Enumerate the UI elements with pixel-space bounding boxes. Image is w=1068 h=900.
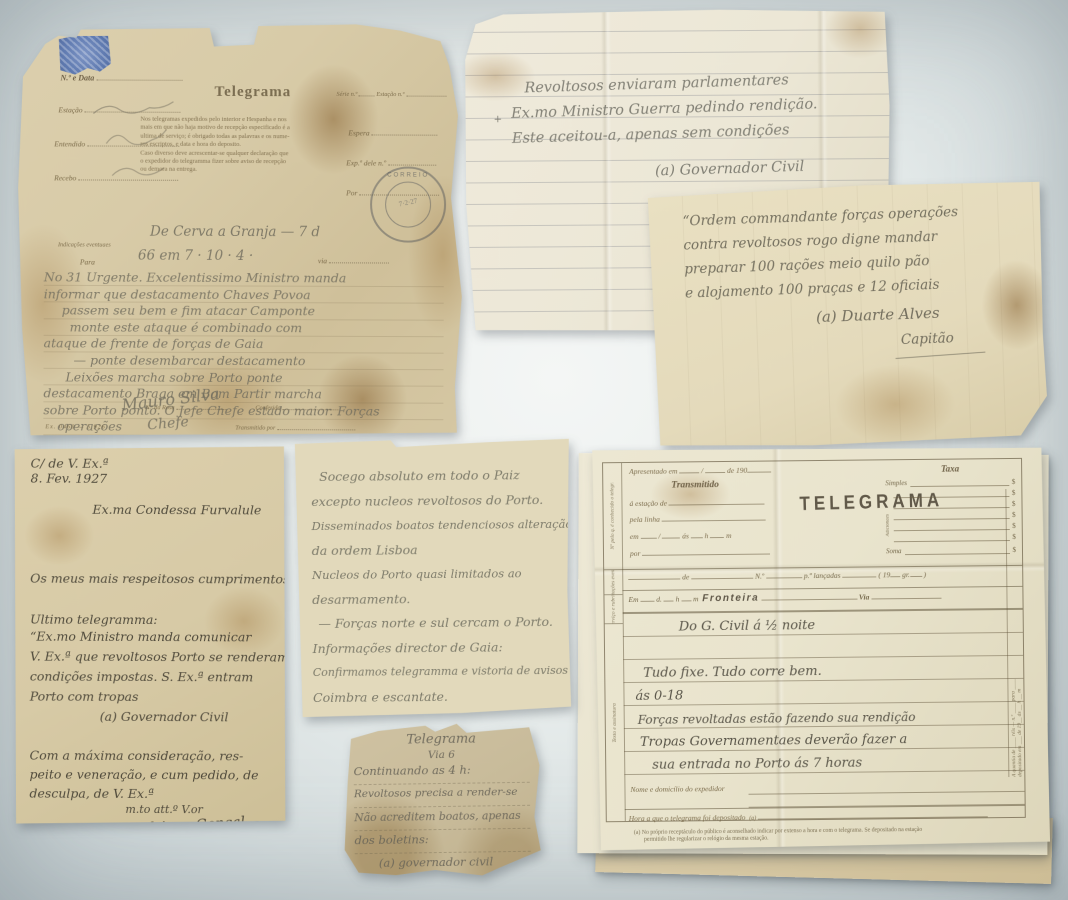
label-text: 19 [883, 570, 891, 579]
blank-line [842, 571, 876, 578]
letter-line: V. Ex.ª que revoltosos Porto se renderam [30, 647, 293, 668]
paper-sheet: Nº pelo q. é conhecido o telegr. Annotaç… [590, 446, 1050, 851]
blank-line [662, 532, 680, 539]
blank-line [371, 129, 437, 136]
blank-line [664, 595, 674, 602]
blank-line [890, 571, 900, 578]
label-text: Espera [348, 128, 369, 137]
taxa-row: $ [890, 486, 1015, 498]
transmitido-heading: Transmitido [671, 480, 719, 490]
label-text: pela linha [630, 515, 660, 524]
letter-line: “Ex.mo Ministro manda comunicar [30, 627, 293, 648]
telegram-form-top-left: N.º e Data Estação Entendido Recebo Tele… [17, 23, 462, 437]
form-title: Telegrama [214, 84, 291, 101]
expedidor-box: Nome e domicílio do expedidor [624, 771, 1024, 810]
strip-line: Socego absoluto em todo o Paiz [311, 463, 572, 490]
blank-line [84, 106, 180, 113]
label-text: m [726, 531, 732, 540]
paper-sheet: N.º e Data Estação Entendido Recebo Tele… [17, 23, 462, 437]
letter-ref: C/ de V. Ex.ª [31, 456, 294, 472]
strip-line: desarmamento. [312, 585, 573, 612]
strip-line: Confirmamos telegramma e vistoria de avi… [313, 659, 574, 686]
label-text: p.ª lançadas [804, 571, 841, 580]
label-text: Estação n.º [376, 91, 404, 98]
form-footnote: (a) No próprio receptáculo do público é … [634, 826, 1020, 844]
conditions-line: ou demora na entrega. [140, 166, 330, 175]
scrap-line: Revoltosos precisa a render-se [354, 783, 530, 808]
conditions-line: ros escriptos, e data e hora do deposito… [140, 141, 330, 150]
fronteira-stamp: Fronteira [702, 593, 759, 605]
blank-line [710, 531, 724, 538]
blank-line [691, 532, 703, 539]
blank-line [640, 532, 656, 539]
letter-date: 8. Fev. 1927 [31, 471, 294, 487]
exp-field: Exp.ª dele n.º [346, 158, 436, 167]
blank-line [691, 572, 753, 579]
label-text: Exp.ª dele n.º [346, 158, 386, 167]
blank-line [893, 502, 1009, 509]
postage-stamp-icon [58, 34, 112, 78]
espera-field: Espera [348, 128, 437, 137]
por-field: por [630, 548, 770, 558]
taxa-heading: Taxa [941, 464, 959, 474]
strip-line: Disseminados boatos tendenciosos alteraç… [311, 512, 572, 539]
scrap-line: Não acreditem boatos, apenas [354, 806, 530, 831]
blank-line [766, 572, 802, 579]
blank-line [910, 570, 922, 577]
note-handwriting: “Ordem commandante forças operações cont… [682, 199, 985, 364]
label-text: Série n.º [336, 91, 357, 98]
blank-line [894, 524, 1010, 531]
serie-field: Série n.º Estação n.º [336, 90, 446, 98]
label-text: de [682, 572, 689, 581]
taxa-row: $ [891, 519, 1016, 531]
postmark-icon: CORREIO 7·2·27 [370, 166, 446, 242]
note-handwriting: Revoltosos enviaram parlamentares Ex.mo … [510, 67, 820, 189]
letter-line: Ultimo telegramma: [30, 612, 293, 628]
strip-line: Coimbra e escantate. [313, 683, 574, 710]
label-text: de 190 [727, 466, 747, 475]
field-label-no-data: N.º e Data [61, 73, 183, 82]
paper-sheet: Telegrama Via 6 Continuando as 4 h: Revo… [343, 723, 541, 878]
expedidor-label: Nome e domicílio do expedidor [624, 774, 748, 809]
scrap-title: Telegrama [353, 729, 529, 750]
letter-line: Os meus mais respeitosos cumprimentos. [30, 571, 293, 587]
blank-line [642, 548, 770, 556]
blank-line [761, 593, 857, 601]
label-text: h [676, 594, 680, 603]
field-label-estacao: Estação [58, 105, 180, 114]
left-margin-text: Annotações eventuaes [610, 570, 616, 595]
blank-line [894, 535, 1010, 542]
label-text: Por [346, 188, 357, 197]
letter-closing: peito e veneração, e cum pedido, de [29, 765, 292, 785]
left-margin-text: Nº pelo q. é conhecido o telegr. [609, 483, 616, 550]
label-text: em [630, 532, 639, 541]
message-line: — ponte desembarcar destacamento [44, 352, 444, 370]
strip-line: Informações director de Gaia: [313, 634, 574, 661]
letter-line: condições impostas. S. Ex.ª entram [30, 667, 293, 688]
strip-line: excepto nucleos revoltosos do Porto. [311, 487, 572, 514]
letter-handwriting: C/ de V. Ex.ª 8. Fev. 1927 Ex.ma Condess… [29, 456, 294, 833]
taxa-row: $ [891, 508, 1016, 520]
message-line: monte este ataque é combinado com [44, 319, 444, 337]
hora-label: Hora a que o telegrama foi depositado (a… [629, 810, 988, 823]
message-strip: Socego absoluto em todo o Paiz excepto n… [295, 439, 571, 717]
letter-closing: Com a máxima consideração, res- [30, 746, 293, 766]
currency-sign: $ [1012, 478, 1016, 486]
strip-line: — Forças norte e sul cercam o Porto. [312, 610, 573, 637]
label-text: N.º e Data [61, 73, 95, 82]
conferido-label: Conferido [255, 404, 338, 412]
blank-line [893, 491, 1009, 498]
message-line: passem seu bem e fim atacar Camponte [44, 303, 444, 321]
expedidor-lines [748, 771, 1024, 808]
blank-line [679, 467, 699, 474]
label-text: Simples [885, 479, 907, 487]
handwritten-letter: C/ de V. Ex.ª 8. Fev. 1927 Ex.ma Condess… [13, 446, 286, 825]
left-margin-text: Texto e assinatura [612, 703, 618, 742]
telegram-scrap: Telegrama Via 6 Continuando as 4 h: Revo… [343, 723, 541, 878]
label-text: h [705, 531, 709, 540]
message-line: Tudo fixe. Tudo corre bem. [643, 664, 822, 681]
adicionaes-rows: $ $ $ $ $ [890, 486, 1016, 542]
label-text: Entendido [54, 139, 85, 148]
strip-line: da ordem Lisboa [312, 536, 573, 563]
taxa-row-soma: Soma$ [886, 543, 1016, 555]
blank-line [282, 404, 338, 410]
paper-sheet: “Ordem commandante forças operações cont… [648, 179, 1049, 451]
hora-row: Hora a que o telegrama foi depositado (a… [625, 806, 1025, 828]
letter-closing: desculpa, de V. Ex.ª [29, 784, 292, 804]
label-text: Estação [58, 105, 82, 114]
paper-sheet: C/ de V. Ex.ª 8. Fev. 1927 Ex.ma Condess… [13, 446, 286, 825]
photograph: N.º e Data Estação Entendido Recebo Tele… [0, 0, 1068, 900]
label-text: Transmitido por [235, 425, 275, 432]
label-text: m [693, 594, 699, 603]
paper-sheet: Socego absoluto em todo o Paiz excepto n… [295, 439, 571, 717]
blank-line [905, 548, 1010, 555]
message-line: sua entrada no Porto ás 7 horas [652, 756, 862, 773]
label-text: á estação de [629, 499, 667, 508]
estacao-field: á estação de [629, 498, 764, 508]
form-header: Apresentado em / de 190 Transmitido á es… [621, 459, 1022, 570]
label-text: via [318, 256, 327, 265]
blank-line [894, 513, 1010, 520]
note-line: (a) Governador Civil [513, 154, 820, 189]
blank-line [640, 595, 654, 602]
blank-line [705, 466, 725, 473]
apresentado-field: Apresentado em / de 190 [629, 466, 771, 476]
label-text: Soma [886, 547, 902, 555]
letter-line: Porto com tropas [30, 687, 293, 708]
postmark-text: CORREIO [372, 172, 444, 178]
blank-line [662, 514, 766, 522]
taxa-row: $ [890, 497, 1015, 509]
telegram-form-bottom-right: Nº pelo q. é conhecido o telegr. Annotaç… [590, 446, 1050, 851]
strip-line: Nucleos do Porto quasi limitados ao [312, 561, 573, 588]
label-text: Conferido [255, 405, 280, 412]
scrap-line: Continuando as 4 h: [353, 760, 529, 785]
adicionaes-block: Adicionaes $ $ $ $ $ [885, 486, 1016, 542]
printed-frame: Nº pelo q. é conhecido o telegr. Annotaç… [602, 458, 1026, 822]
label-text: d. [656, 595, 662, 604]
blank-line [747, 466, 771, 473]
label-text: gr. [902, 570, 910, 579]
margin-mark: + [494, 107, 503, 132]
label-text: Em [628, 595, 638, 604]
message-line: Forças revoltadas estão fazendo sua rend… [638, 710, 916, 727]
field-label-recebo: Recebo [54, 173, 178, 182]
form-imprint: Ex. 0460 — 5.926 [45, 423, 106, 430]
label-text: (a) [749, 816, 756, 822]
left-margin-cell: Serviço e rubrica [604, 595, 622, 624]
stain [825, 0, 895, 59]
via-label: via [318, 256, 389, 265]
blank-line [758, 811, 988, 820]
message-line: Tropas Governamentaes deverão fazer a [640, 732, 907, 750]
taxa-row: $ [891, 530, 1016, 542]
blank-line [388, 159, 436, 166]
blank-line [871, 592, 941, 599]
eventuais-label: Indicações eventuaes [58, 241, 111, 248]
message-line: Leixões marcha sobre Porto ponte [43, 369, 443, 387]
address-handwriting: De Cerva a Granja — 7 d [150, 224, 320, 241]
printed-conditions: Nos telegramas expedidos pelo interior e… [140, 116, 330, 176]
message-line: No 31 Urgente. Excelentissimo Ministro m… [44, 269, 444, 287]
em-field: em / ás h m [630, 531, 732, 541]
strip-handwriting: Socego absoluto em todo o Paiz excepto n… [311, 463, 574, 710]
transmitido-label: Transmitido por [235, 424, 355, 432]
message-line: informar que destacamento Chaves Povoa [44, 286, 444, 304]
message-line: ataque de frente de forças de Gaia [44, 336, 444, 354]
label-text: Recebo [54, 173, 76, 182]
stain [834, 362, 957, 446]
message-handwriting: No 31 Urgente. Excelentissimo Ministro m… [43, 269, 444, 436]
linha-field: pela linha [630, 514, 766, 524]
blank-line [406, 91, 446, 97]
letter-salutation: Ex.ma Condessa Furvalule [92, 502, 293, 518]
blank-line [329, 257, 389, 264]
scrap-handwriting: Telegrama Via 6 Continuando as 4 h: Revo… [353, 729, 531, 873]
words-handwriting: 66 em 7 · 10 · 4 · [138, 248, 253, 264]
label-text: ás [682, 531, 689, 540]
left-margin-cell: Annotações eventuaes [604, 570, 622, 595]
para-label: Para [80, 257, 95, 266]
taxa-table: Simples$ Adicionaes $ $ $ $ $ [885, 475, 1016, 555]
scrap-line: dos boletins: [354, 829, 530, 854]
blank-line [681, 595, 691, 602]
blank-line [277, 424, 355, 430]
label-text: Hora a que o telegrama foi depositado [629, 813, 746, 823]
blank-line [96, 73, 182, 80]
blank-line [359, 90, 375, 96]
message-line: Do G. Civil á ½ noite [679, 618, 816, 634]
blank-line [628, 573, 680, 580]
scrap-line: (a) governador civil [355, 852, 531, 873]
left-margin-cell: Texto e assinatura [605, 624, 625, 821]
order-note: “Ordem commandante forças operações cont… [648, 179, 1049, 451]
label-text: Apresentado em [629, 466, 677, 476]
adicionaes-label: Adicionaes [885, 487, 891, 542]
letter-line: (a) Governador Civil [100, 709, 293, 725]
signature-flourish [896, 352, 986, 359]
stain [980, 259, 1053, 351]
label-text: N.º [755, 572, 764, 581]
blank-line [669, 498, 765, 506]
left-margin-cell: Nº pelo q. é conhecido o telegr. [603, 463, 622, 570]
label-text: por [630, 549, 641, 558]
form-content: Apresentado em / de 190 Transmitido á es… [621, 459, 1025, 821]
message-line: destacamento Braga em Bom Partir marcha [43, 385, 443, 403]
message-line: sobre Porto ponto. O Jefe Chefe estado m… [43, 402, 443, 420]
right-margin-column: A quantia de ____ réis — n.º ____ para _… [1005, 489, 1024, 777]
blank-line [78, 174, 178, 181]
left-margin-text: Serviço e rubrica [610, 595, 616, 624]
message-line: ás 0-18 [635, 688, 683, 703]
label-text: Via [859, 592, 870, 601]
